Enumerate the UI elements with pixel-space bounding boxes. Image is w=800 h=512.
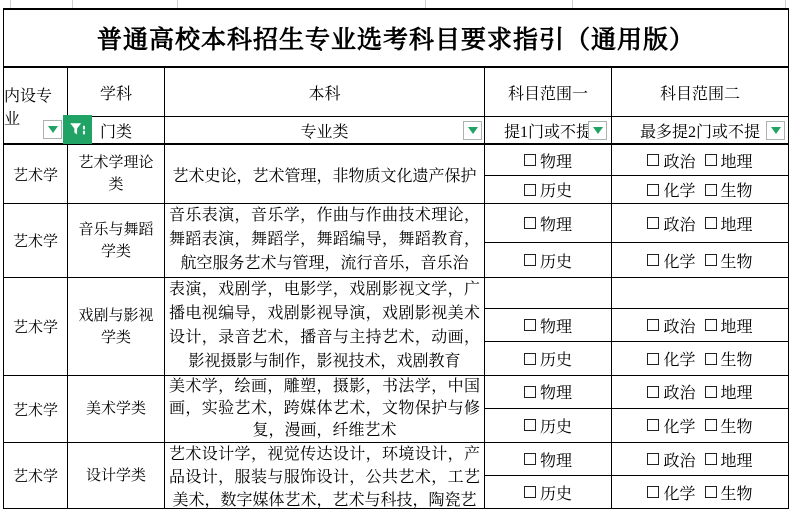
checkbox[interactable] [705, 254, 717, 266]
checkbox[interactable] [524, 386, 536, 398]
range1-filter-dropdown-button[interactable] [588, 121, 607, 140]
range2-option-cell[interactable]: 政治地理 [612, 309, 788, 343]
major-class-label: 艺术学理论类 [76, 152, 156, 196]
subject-option[interactable]: 政治 [647, 380, 695, 403]
majors-text: 音乐表演，音乐学，作曲与作曲技术理论，舞蹈表演，舞蹈学，舞蹈编导，舞蹈教育，航空… [169, 204, 480, 276]
major-class-label: 美术学类 [86, 398, 146, 420]
subject-label: 地理 [721, 149, 753, 172]
subject-option[interactable]: 物理 [524, 149, 572, 172]
subject-option[interactable]: 化学 [647, 178, 695, 201]
range2-cell: 政治地理化学生物 [612, 443, 788, 508]
checkbox[interactable] [705, 217, 717, 229]
majors-text: 艺术史论，艺术管理，非物质文化遗产保护 [169, 163, 480, 186]
majors-text: 艺术设计学，视觉传达设计，环境设计，产品设计，服装与服饰设计，公共艺术，工艺美术… [169, 443, 480, 508]
subject-label: 生物 [721, 481, 753, 504]
range1-option-cell[interactable]: 物理 [485, 443, 611, 476]
subject-label: 地理 [721, 212, 753, 235]
subject-option[interactable]: 地理 [705, 448, 753, 471]
subject-option[interactable]: 政治 [647, 314, 695, 337]
range1-cell: 物理历史 [485, 204, 612, 277]
table-row: 艺术学艺术学理论类艺术史论，艺术管理，非物质文化遗产保护物理历史政治地理化学生物 [4, 145, 788, 204]
discipline-label: 艺术学 [13, 465, 58, 486]
subject-label: 物理 [540, 448, 572, 471]
subject-label: 历史 [540, 414, 572, 437]
checkbox[interactable] [705, 154, 717, 166]
range1-option-cell[interactable]: 物理 [485, 376, 611, 409]
header-range2-rule[interactable]: 最多提2门或不提 [612, 117, 788, 143]
subject-label: 物理 [540, 149, 572, 172]
range1-cell: 物理历史 [485, 376, 612, 442]
subject-label: 地理 [721, 380, 753, 403]
subject-label: 历史 [540, 249, 572, 272]
subject-option[interactable]: 历史 [524, 481, 572, 504]
range2-option-cell[interactable]: 政治地理 [612, 443, 788, 476]
subject-option[interactable]: 生物 [705, 347, 753, 370]
subject-label: 化学 [663, 347, 695, 370]
sheet-gridline [72, 0, 73, 8]
subject-option[interactable]: 历史 [524, 414, 572, 437]
header-major-class-label-1: 本科 [308, 81, 340, 104]
subject-option[interactable]: 地理 [705, 314, 753, 337]
majors-cell[interactable]: 艺术史论，艺术管理，非物质文化遗产保护 [165, 145, 485, 203]
page-title: 普通高校本科招生专业选考科目要求指引（通用版） [97, 20, 695, 56]
subject-label: 化学 [663, 414, 695, 437]
range1-option-cell[interactable]: 历史 [485, 476, 611, 508]
checkbox[interactable] [647, 453, 659, 465]
range2-cell: 政治地理化学生物 [612, 145, 788, 203]
checkbox[interactable] [524, 453, 536, 465]
subject-option[interactable]: 历史 [524, 178, 572, 201]
checkbox[interactable] [524, 353, 536, 365]
subject-option[interactable]: 政治 [647, 149, 695, 172]
subject-label: 化学 [663, 178, 695, 201]
discipline-cell[interactable]: 艺术学 [4, 278, 68, 375]
range1-option-cell[interactable] [485, 278, 611, 309]
checkbox[interactable] [647, 419, 659, 431]
checkbox[interactable] [524, 419, 536, 431]
discipline-cell[interactable]: 艺术学 [4, 376, 68, 442]
table-title-box: 普通高校本科招生专业选考科目要求指引（通用版） [3, 8, 789, 68]
checkbox[interactable] [705, 184, 717, 196]
discipline-filter-active-button[interactable] [63, 115, 92, 144]
header-major-class-bottom[interactable]: 专业类 [165, 117, 485, 143]
header-discipline-label-2: 门类 [100, 119, 132, 142]
checkbox[interactable] [524, 254, 536, 266]
checkbox[interactable] [705, 486, 717, 498]
subject-label: 政治 [663, 314, 695, 337]
range2-filter-dropdown-button[interactable] [766, 121, 785, 140]
major-class-cell[interactable]: 戏剧与影视学类 [68, 278, 165, 375]
table-header: 学科 本科 内设专业 科目范围一 科目范围二 门类 专业类 [4, 68, 788, 145]
subject-option[interactable]: 地理 [705, 212, 753, 235]
subject-label: 化学 [663, 249, 695, 272]
major-class-cell[interactable]: 艺术学理论类 [68, 145, 165, 203]
header-range2-title[interactable]: 科目范围二 [612, 68, 788, 117]
checkbox[interactable] [647, 254, 659, 266]
subject-option[interactable]: 物理 [524, 314, 572, 337]
majors-cell[interactable]: 艺术设计学，视觉传达设计，环境设计，产品设计，服装与服饰设计，公共艺术，工艺美术… [165, 443, 485, 508]
checkbox[interactable] [705, 386, 717, 398]
range2-cell: 政治地理化学生物 [612, 376, 788, 442]
chevron-down-icon [593, 127, 603, 134]
sheet-gridline [177, 0, 178, 8]
subject-option[interactable]: 政治 [647, 212, 695, 235]
range2-cell: 政治地理化学生物 [612, 278, 788, 375]
subject-option[interactable]: 生物 [705, 481, 753, 504]
subject-option[interactable]: 历史 [524, 249, 572, 272]
majors-cell[interactable]: 美术学，绘画，雕塑，摄影，书法学，中国画，实验艺术，跨媒体艺术，文物保护与修复，… [165, 376, 485, 442]
spreadsheet-view: 普通高校本科招生专业选考科目要求指引（通用版） 学科 本科 内设专业 科目范围一… [0, 0, 800, 512]
range1-option-cell[interactable]: 物理 [485, 145, 611, 176]
sheet-gridline [572, 0, 573, 8]
checkbox[interactable] [647, 184, 659, 196]
subject-option[interactable]: 地理 [705, 380, 753, 403]
checkbox[interactable] [647, 353, 659, 365]
major-class-label: 设计学类 [86, 465, 146, 487]
chevron-down-icon [468, 127, 478, 134]
table-body: 艺术学艺术学理论类艺术史论，艺术管理，非物质文化遗产保护物理历史政治地理化学生物… [4, 145, 788, 508]
subject-label: 历史 [540, 347, 572, 370]
range1-option-cell[interactable]: 历史 [485, 243, 611, 277]
subject-option[interactable]: 化学 [647, 249, 695, 272]
checkbox[interactable] [705, 419, 717, 431]
range1-option-cell[interactable]: 物理 [485, 204, 611, 243]
range2-option-cell[interactable]: 化学生物 [612, 243, 788, 277]
major-class-filter-dropdown-button[interactable] [463, 121, 482, 140]
header-range1-rule[interactable]: 提1门或不提 [485, 117, 612, 143]
discipline-label: 艺术学 [13, 316, 58, 337]
range2-option-cell[interactable]: 化学生物 [612, 342, 788, 375]
subject-option[interactable]: 生物 [705, 414, 753, 437]
header-discipline-top[interactable]: 学科 [68, 68, 165, 117]
subject-label: 政治 [663, 149, 695, 172]
chevron-down-icon [48, 126, 58, 133]
major-class-cell[interactable]: 设计学类 [68, 443, 165, 508]
major-class-cell[interactable]: 音乐与舞蹈学类 [68, 204, 165, 277]
subject-option[interactable]: 历史 [524, 347, 572, 370]
major-class-cell[interactable]: 美术学类 [68, 376, 165, 442]
checkbox[interactable] [647, 319, 659, 331]
subject-label: 生物 [721, 178, 753, 201]
checkbox[interactable] [524, 319, 536, 331]
header-range1-label: 科目范围一 [508, 81, 588, 104]
discipline-cell[interactable]: 艺术学 [4, 443, 68, 508]
range1-option-cell[interactable]: 历史 [485, 176, 611, 203]
range2-option-cell[interactable]: 政治地理 [612, 376, 788, 409]
sheet-gridline-strip [0, 0, 800, 8]
range2-option-cell[interactable]: 政治地理 [612, 145, 788, 176]
checkbox[interactable] [647, 386, 659, 398]
subject-label: 物理 [540, 314, 572, 337]
subject-label: 政治 [663, 448, 695, 471]
table-row: 艺术学设计学类艺术设计学，视觉传达设计，环境设计，产品设计，服装与服饰设计，公共… [4, 443, 788, 508]
checkbox[interactable] [524, 154, 536, 166]
header-range1-title[interactable]: 科目范围一 [485, 68, 612, 117]
subject-option[interactable]: 地理 [705, 149, 753, 172]
majors-cell[interactable]: 音乐表演，音乐学，作曲与作曲技术理论，舞蹈表演，舞蹈学，舞蹈编导，舞蹈教育，航空… [165, 204, 485, 277]
chevron-down-icon [771, 127, 781, 134]
range2-option-cell[interactable]: 化学生物 [612, 476, 788, 508]
range2-option-cell[interactable]: 化学生物 [612, 176, 788, 203]
range2-rule-label: 最多提2门或不提 [640, 119, 760, 142]
subject-label: 化学 [663, 481, 695, 504]
discipline-cell[interactable]: 艺术学 [4, 204, 68, 277]
range1-option-cell[interactable]: 历史 [485, 342, 611, 375]
subject-option[interactable]: 化学 [647, 347, 695, 370]
checkbox[interactable] [524, 184, 536, 196]
subject-label: 生物 [721, 347, 753, 370]
subject-label: 生物 [721, 249, 753, 272]
range2-option-cell[interactable]: 化学生物 [612, 409, 788, 442]
subject-option[interactable]: 物理 [524, 212, 572, 235]
subject-option[interactable]: 物理 [524, 380, 572, 403]
header-major-class-top[interactable]: 本科 [165, 68, 485, 117]
filter-funnel-icon [67, 119, 88, 140]
range2-cell: 政治地理化学生物 [612, 204, 788, 277]
sheet-gridline [785, 0, 786, 8]
majors-text: 美术学，绘画，雕塑，摄影，书法学，中国画，实验艺术，跨媒体艺术，文物保护与修复，… [169, 376, 480, 442]
range1-cell: 物理历史 [485, 145, 612, 203]
checkbox[interactable] [705, 319, 717, 331]
subject-label: 物理 [540, 380, 572, 403]
subject-label: 政治 [663, 380, 695, 403]
subject-label: 政治 [663, 212, 695, 235]
checkbox[interactable] [705, 353, 717, 365]
discipline-cell[interactable]: 艺术学 [4, 145, 68, 203]
subject-option[interactable]: 生物 [705, 178, 753, 201]
checkbox[interactable] [647, 154, 659, 166]
header-majors[interactable]: 内设专业 [4, 68, 68, 143]
checkbox[interactable] [524, 217, 536, 229]
subject-label: 物理 [540, 212, 572, 235]
subject-option[interactable]: 化学 [647, 481, 695, 504]
range2-option-cell[interactable]: 政治地理 [612, 204, 788, 243]
majors-text: 表演，戏剧学，电影学，戏剧影视文学，广播电视编导，戏剧影视导演，戏剧影视美术设计… [169, 278, 480, 374]
major-class-label: 音乐与舞蹈学类 [76, 219, 156, 263]
subject-option[interactable]: 物理 [524, 448, 572, 471]
range1-cell: 物理历史 [485, 278, 612, 375]
sheet-gridline [10, 0, 11, 8]
range2-option-cell[interactable] [612, 278, 788, 309]
checkbox[interactable] [647, 217, 659, 229]
subject-option[interactable]: 政治 [647, 448, 695, 471]
subject-label: 地理 [721, 314, 753, 337]
table-row: 艺术学美术学类美术学，绘画，雕塑，摄影，书法学，中国画，实验艺术，跨媒体艺术，文… [4, 376, 788, 443]
table-row: 艺术学音乐与舞蹈学类音乐表演，音乐学，作曲与作曲技术理论，舞蹈表演，舞蹈学，舞蹈… [4, 204, 788, 278]
discipline-label: 艺术学 [13, 230, 58, 251]
major-class-label: 戏剧与影视学类 [76, 305, 156, 349]
range1-cell: 物理历史 [485, 443, 612, 508]
checkbox[interactable] [524, 486, 536, 498]
discipline-label: 艺术学 [13, 399, 58, 420]
discipline-label: 艺术学 [13, 164, 58, 185]
range1-option-cell[interactable]: 物理 [485, 309, 611, 343]
subject-label: 历史 [540, 481, 572, 504]
header-discipline-label-1: 学科 [100, 81, 132, 104]
header-major-class-label-2: 专业类 [300, 119, 348, 142]
subject-label: 地理 [721, 448, 753, 471]
requirements-table: 学科 本科 内设专业 科目范围一 科目范围二 门类 专业类 [3, 68, 789, 509]
subject-label: 历史 [540, 178, 572, 201]
range1-rule-label: 提1门或不提 [504, 119, 592, 142]
table-row: 艺术学戏剧与影视学类表演，戏剧学，电影学，戏剧影视文学，广播电视编导，戏剧影视导… [4, 278, 788, 376]
range1-option-cell[interactable]: 历史 [485, 409, 611, 442]
checkbox[interactable] [705, 453, 717, 465]
checkbox[interactable] [647, 486, 659, 498]
subject-label: 生物 [721, 414, 753, 437]
header-range2-label: 科目范围二 [660, 81, 740, 104]
majors-filter-dropdown-button[interactable] [43, 120, 62, 139]
sheet-gridline [425, 0, 426, 8]
subject-option[interactable]: 化学 [647, 414, 695, 437]
majors-cell[interactable]: 表演，戏剧学，电影学，戏剧影视文学，广播电视编导，戏剧影视导演，戏剧影视美术设计… [165, 278, 485, 375]
subject-option[interactable]: 生物 [705, 249, 753, 272]
